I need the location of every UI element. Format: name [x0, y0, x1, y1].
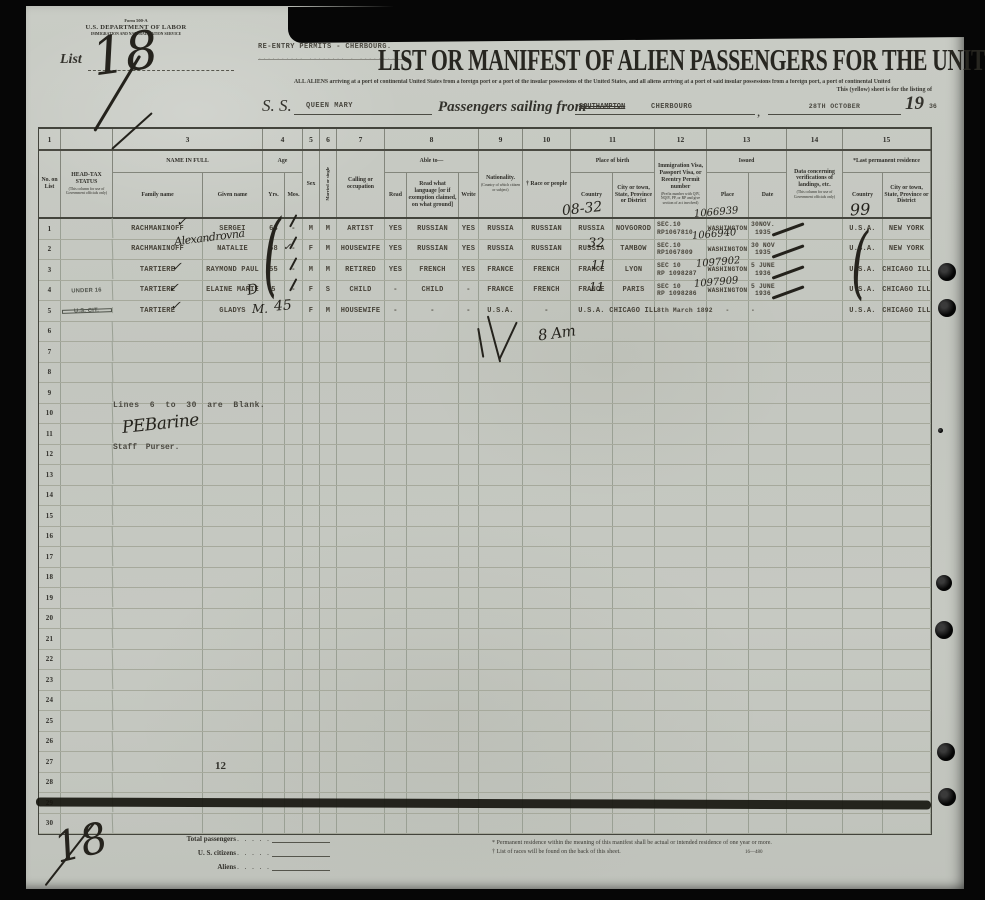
cell-race: [523, 363, 571, 383]
port-comma: ,: [757, 104, 760, 120]
cell-given-name: [203, 609, 263, 629]
cell-head-tax-status: [61, 382, 114, 403]
cell-issued-date: -: [749, 301, 787, 321]
cell-residence-country: [843, 465, 883, 485]
cell-race: FRENCH: [523, 281, 571, 301]
cell-nationality: [479, 588, 523, 608]
cell-given-name: [203, 342, 263, 362]
cell-head-tax-status: [61, 710, 114, 731]
cell-birth-city: [613, 547, 655, 567]
cell-sex: F: [303, 240, 320, 260]
cell-birth-city: [613, 527, 655, 547]
cell-row-number: 18: [39, 568, 61, 588]
us-citizens-blank: [272, 848, 330, 857]
aliens-line: Aliens . . . . .: [126, 857, 336, 871]
cell-calling: [337, 445, 385, 465]
header-yrs: Yrs.: [263, 173, 285, 217]
cell-calling: RETIRED: [337, 260, 385, 280]
cell-issued-date: [749, 424, 787, 444]
cell-age-mos: [285, 547, 303, 567]
cell-residence-city: [883, 732, 931, 752]
cell-write: [459, 629, 479, 649]
cell-sex: [303, 465, 320, 485]
cell-row-number: 5: [39, 301, 61, 321]
cell-issued-date: [749, 650, 787, 670]
cell-race: FRENCH: [523, 260, 571, 280]
table-row: 8: [39, 363, 931, 384]
cell-race: [523, 404, 571, 424]
table-row: 20: [39, 609, 931, 630]
cell-given-name: [203, 424, 263, 444]
cell-row-number: 3: [39, 260, 61, 280]
header-issued: Issued: [707, 151, 787, 173]
cell-permit-number: [655, 588, 707, 608]
cell-race: [523, 691, 571, 711]
cell-nationality: U.S.A.: [479, 301, 523, 321]
cell-head-tax-status: [61, 423, 114, 444]
cell-given-name: [203, 527, 263, 547]
table-row: 25: [39, 711, 931, 732]
cell-birth-city: [613, 814, 655, 834]
table-row: 26: [39, 732, 931, 753]
col-number: 5: [303, 129, 320, 149]
cell-head-tax-status: [61, 444, 114, 465]
cell-row-number: 23: [39, 670, 61, 690]
cell-permit-number: [655, 486, 707, 506]
verifications-note: (This column for use of Government offic…: [788, 190, 841, 199]
cell-age-yrs: [263, 588, 285, 608]
cell-issued-place: [707, 506, 749, 526]
cell-permit-number: [655, 629, 707, 649]
cell-given-name: [203, 588, 263, 608]
cell-verification: [787, 527, 843, 547]
cell-birth-country: [571, 650, 613, 670]
cell-head-tax-status: [61, 526, 114, 547]
cell-issued-place: [707, 629, 749, 649]
cell-nationality: RUSSIA: [479, 240, 523, 260]
cell-race: [523, 773, 571, 793]
cell-read: [385, 342, 407, 362]
form-identification-block: Form 500-A U.S. DEPARTMENT OF LABOR IMMI…: [56, 18, 216, 36]
cell-birth-city: [613, 424, 655, 444]
cell-issued-date: [749, 629, 787, 649]
cell-residence-country: [843, 650, 883, 670]
table-row: 3 TARTIERE RAYMOND PAUL 55 - M M RETIRED…: [39, 260, 931, 281]
cell-write: [459, 773, 479, 793]
cell-read-language: [407, 342, 459, 362]
cell-birth-city: [613, 383, 655, 403]
cell-calling: [337, 773, 385, 793]
cell-head-tax-status: U.S. CIT.: [61, 307, 113, 315]
cell-married-single: [320, 609, 337, 629]
cell-read: [385, 547, 407, 567]
cell-head-tax-status: [61, 751, 114, 772]
cell-permit-number: [655, 814, 707, 834]
cell-married-single: M: [320, 240, 337, 260]
cell-married-single: [320, 322, 337, 342]
cell-calling: HOUSEWIFE: [337, 301, 385, 321]
cell-read: [385, 629, 407, 649]
cell-birth-country: [571, 732, 613, 752]
permit-note: (Prefix number with QIV, NQIV, PP, or RP…: [656, 192, 705, 206]
cell-calling: [337, 650, 385, 670]
cell-write: [459, 568, 479, 588]
cell-calling: [337, 814, 385, 834]
cell-write: [459, 609, 479, 629]
cell-residence-city: [883, 609, 931, 629]
cell-row-number: 21: [39, 629, 61, 649]
cell-verification: [787, 711, 843, 731]
cell-permit-number: [655, 404, 707, 424]
cell-head-tax-status: [61, 669, 114, 690]
cell-family-name: [113, 424, 203, 444]
cell-residence-city: [883, 629, 931, 649]
cell-sex: M: [303, 260, 320, 280]
cell-nationality: [479, 424, 523, 444]
cell-permit-number: [655, 568, 707, 588]
col-number: 6: [320, 129, 337, 149]
col-number: [61, 129, 113, 149]
cell-issued-date: [749, 588, 787, 608]
cell-issued-date: [749, 445, 787, 465]
cell-residence-city: [883, 568, 931, 588]
cell-birth-country: [571, 547, 613, 567]
cell-read: [385, 650, 407, 670]
cell-read: YES: [385, 260, 407, 280]
cell-sex: [303, 445, 320, 465]
cell-row-number: 27: [39, 752, 61, 772]
cell-permit-number: [655, 773, 707, 793]
cell-read-language: [407, 691, 459, 711]
cell-married-single: [320, 568, 337, 588]
cell-read-language: [407, 445, 459, 465]
cell-nationality: [479, 465, 523, 485]
cell-birth-country: [571, 568, 613, 588]
cell-nationality: [479, 711, 523, 731]
cell-head-tax-status: [61, 587, 114, 608]
cell-write: [459, 506, 479, 526]
table-row: 7: [39, 342, 931, 363]
cell-row-number: 19: [39, 588, 61, 608]
cell-married-single: [320, 404, 337, 424]
cell-family-name: TARTIERE: [113, 281, 203, 301]
cell-verification: [787, 322, 843, 342]
cell-birth-city: [613, 691, 655, 711]
cell-age-yrs: [263, 670, 285, 690]
cell-race: RUSSIAN: [523, 240, 571, 260]
cell-row-number: 8: [39, 363, 61, 383]
cell-nationality: [479, 732, 523, 752]
cell-married-single: [320, 732, 337, 752]
manifest-table: 1 3 4 5 6 7 8 9 10 11 12 13 14 15 No. on…: [38, 127, 932, 835]
cell-residence-country: U.S.A.: [843, 219, 883, 239]
cell-calling: [337, 711, 385, 731]
cell-read: [385, 609, 407, 629]
col-number: 3: [113, 129, 263, 149]
cell-head-tax-status: [61, 608, 114, 629]
cell-issued-date: [749, 465, 787, 485]
cell-birth-country: [571, 486, 613, 506]
cell-birth-city: [613, 588, 655, 608]
cell-race: [523, 445, 571, 465]
cell-verification: [787, 424, 843, 444]
cell-verification: [787, 670, 843, 690]
cell-verification: [787, 281, 843, 301]
cell-birth-city: [613, 404, 655, 424]
cell-family-name: [113, 650, 203, 670]
cell-birth-country: [571, 711, 613, 731]
cell-family-name: RACHMANINOFF: [113, 240, 203, 260]
cell-head-tax-status: [61, 403, 114, 424]
header-able-to: Able to—: [385, 151, 479, 173]
cell-age-yrs: [263, 465, 285, 485]
cell-issued-date: 30 NOV 1935: [749, 240, 787, 260]
cell-nationality: [479, 404, 523, 424]
cell-sex: [303, 404, 320, 424]
cell-permit-number: [655, 691, 707, 711]
cell-married-single: [320, 773, 337, 793]
cell-given-name: [203, 691, 263, 711]
form-subtitle: ALL ALIENS arriving at a port of contine…: [294, 79, 890, 85]
cell-row-number: 1: [39, 219, 61, 239]
cell-issued-date: [749, 342, 787, 362]
cell-calling: CHILD: [337, 281, 385, 301]
cell-write: [459, 732, 479, 752]
cell-calling: [337, 363, 385, 383]
cell-sex: [303, 424, 320, 444]
cell-issued-place: [707, 342, 749, 362]
cell-write: [459, 342, 479, 362]
total-passengers-line: Total passengers . . . . .: [126, 829, 336, 843]
cell-birth-country: [571, 404, 613, 424]
cell-verification: [787, 732, 843, 752]
cell-residence-city: [883, 383, 931, 403]
col-number: 8: [385, 129, 479, 149]
cell-read-language: [407, 568, 459, 588]
document-sheet: Form 500-A U.S. DEPARTMENT OF LABOR IMMI…: [26, 6, 964, 889]
cell-read: -: [385, 281, 407, 301]
cell-write: [459, 527, 479, 547]
cell-residence-country: [843, 732, 883, 752]
cell-permit-number: [655, 752, 707, 772]
cell-age-yrs: [263, 404, 285, 424]
cell-read: [385, 383, 407, 403]
cell-residence-country: [843, 711, 883, 731]
cell-issued-place: [707, 547, 749, 567]
cell-permit-number: [655, 465, 707, 485]
cell-permit-number: [655, 609, 707, 629]
cell-read-language: [407, 588, 459, 608]
cell-issued-place: [707, 568, 749, 588]
cell-write: [459, 752, 479, 772]
cell-row-number: 28: [39, 773, 61, 793]
cell-age-mos: -: [285, 260, 303, 280]
cell-given-name: [203, 711, 263, 731]
cell-read-language: [407, 465, 459, 485]
cell-birth-country: [571, 814, 613, 834]
cell-head-tax-status: [61, 731, 114, 752]
header-no-on-list: No. on List: [39, 151, 61, 217]
header-issued-date: Date: [749, 173, 787, 217]
cell-read: [385, 506, 407, 526]
cell-permit-number: [655, 650, 707, 670]
cell-write: [459, 445, 479, 465]
cell-read: [385, 732, 407, 752]
punch-hole: [935, 621, 953, 639]
cell-write: [459, 588, 479, 608]
cell-read-language: [407, 547, 459, 567]
cell-read-language: [407, 670, 459, 690]
header-read: Read: [385, 173, 407, 217]
cell-birth-country: RUSSIA: [571, 240, 613, 260]
cell-race: [523, 650, 571, 670]
list-label: List: [60, 52, 82, 68]
cell-permit-number: SEC 10 RP 1098287: [655, 260, 707, 280]
cell-issued-place: WASHINGTON: [707, 240, 749, 260]
cell-verification: [787, 445, 843, 465]
cell-age-yrs: [263, 301, 285, 321]
cell-read: -: [385, 301, 407, 321]
table-row: 1 RACHMANINOFF SERGEI 63 - M M ARTIST YE…: [39, 219, 931, 240]
cell-family-name: [113, 465, 203, 485]
footnote-residence: * Permanent residence within the meaning…: [492, 839, 772, 848]
cell-given-name: [203, 568, 263, 588]
cell-sex: [303, 629, 320, 649]
cell-birth-city: NOVGOROD: [613, 219, 655, 239]
cell-permit-number: SEC.10 RP1067809: [655, 240, 707, 260]
cell-given-name: RAYMOND PAUL: [203, 260, 263, 280]
cell-row-number: 15: [39, 506, 61, 526]
cell-birth-city: [613, 629, 655, 649]
cell-birth-country: FRANCE: [571, 281, 613, 301]
cell-permit-number: 8th March 1892: [655, 301, 707, 321]
cell-read-language: -: [407, 301, 459, 321]
cell-issued-date: [749, 486, 787, 506]
cell-residence-country: [843, 363, 883, 383]
cell-birth-country: [571, 383, 613, 403]
cell-calling: [337, 465, 385, 485]
cell-verification: [787, 752, 843, 772]
cell-row-number: 14: [39, 486, 61, 506]
cell-age-mos: [285, 711, 303, 731]
table-row: 28: [39, 773, 931, 794]
cell-married-single: [320, 752, 337, 772]
cell-married-single: [320, 383, 337, 403]
cell-residence-city: [883, 773, 931, 793]
cell-family-name: [113, 506, 203, 526]
cell-issued-date: [749, 711, 787, 731]
cell-row-number: 13: [39, 465, 61, 485]
cell-birth-city: [613, 486, 655, 506]
cell-read-language: [407, 814, 459, 834]
cell-family-name: [113, 322, 203, 342]
cell-verification: [787, 629, 843, 649]
cell-birth-city: [613, 650, 655, 670]
cell-race: [523, 670, 571, 690]
cell-race: [523, 383, 571, 403]
typed-route-note: RE-ENTRY PERMITS - CHERBOURG.: [258, 43, 391, 51]
cell-birth-country: [571, 691, 613, 711]
cell-residence-country: [843, 486, 883, 506]
permit-title: Immigration Visa, Passport Visa, or Reen…: [656, 163, 705, 191]
cell-read-language: RUSSIAN: [407, 240, 459, 260]
cell-calling: [337, 486, 385, 506]
cell-calling: [337, 506, 385, 526]
cell-read: [385, 752, 407, 772]
cell-birth-country: RUSSIA: [571, 219, 613, 239]
cell-residence-city: [883, 711, 931, 731]
cell-write: [459, 404, 479, 424]
cell-read-language: [407, 506, 459, 526]
cell-birth-city: [613, 711, 655, 731]
cell-age-yrs: [263, 342, 285, 362]
cell-nationality: [479, 773, 523, 793]
cell-birth-city: LYON: [613, 260, 655, 280]
cell-age-yrs: [263, 752, 285, 772]
total-passengers-label: Total passengers: [126, 835, 236, 843]
cell-given-name: [203, 322, 263, 342]
cell-given-name: [203, 773, 263, 793]
punch-hole: [937, 743, 955, 761]
cell-birth-country: [571, 445, 613, 465]
dot-leader: . . . . .: [236, 863, 272, 871]
header-mos: Mos.: [285, 173, 303, 217]
cell-verification: [787, 219, 843, 239]
cell-write: YES: [459, 240, 479, 260]
cell-sex: [303, 363, 320, 383]
cell-issued-place: [707, 424, 749, 444]
cell-age-mos: [285, 465, 303, 485]
cell-birth-city: [613, 773, 655, 793]
cell-married-single: [320, 424, 337, 444]
cell-write: [459, 363, 479, 383]
cell-calling: [337, 588, 385, 608]
cell-verification: [787, 650, 843, 670]
cell-family-name: [113, 342, 203, 362]
cell-read-language: RUSSIAN: [407, 219, 459, 239]
cell-age-mos: [285, 588, 303, 608]
cell-read: [385, 588, 407, 608]
cell-issued-place: WASHINGTON: [707, 219, 749, 239]
cell-issued-place: [707, 814, 749, 834]
cell-married-single: [320, 629, 337, 649]
cell-permit-number: [655, 547, 707, 567]
cell-write: [459, 711, 479, 731]
cell-given-name: [203, 506, 263, 526]
cell-residence-city: [883, 547, 931, 567]
cell-calling: [337, 670, 385, 690]
cell-write: [459, 424, 479, 444]
cell-family-name: [113, 609, 203, 629]
cell-issued-place: [707, 465, 749, 485]
cell-age-yrs: [263, 383, 285, 403]
cell-nationality: [479, 691, 523, 711]
cell-head-tax-status: [61, 628, 114, 649]
cell-sex: [303, 486, 320, 506]
cell-row-number: 6: [39, 322, 61, 342]
cell-sex: [303, 547, 320, 567]
cell-nationality: [479, 527, 523, 547]
cell-given-name: [203, 752, 263, 772]
col-number: 9: [479, 129, 523, 149]
cell-birth-country: [571, 629, 613, 649]
cell-birth-city: [613, 506, 655, 526]
cell-race: [523, 322, 571, 342]
cell-sex: [303, 342, 320, 362]
cell-read: [385, 486, 407, 506]
cell-read-language: [407, 609, 459, 629]
cell-verification: [787, 342, 843, 362]
